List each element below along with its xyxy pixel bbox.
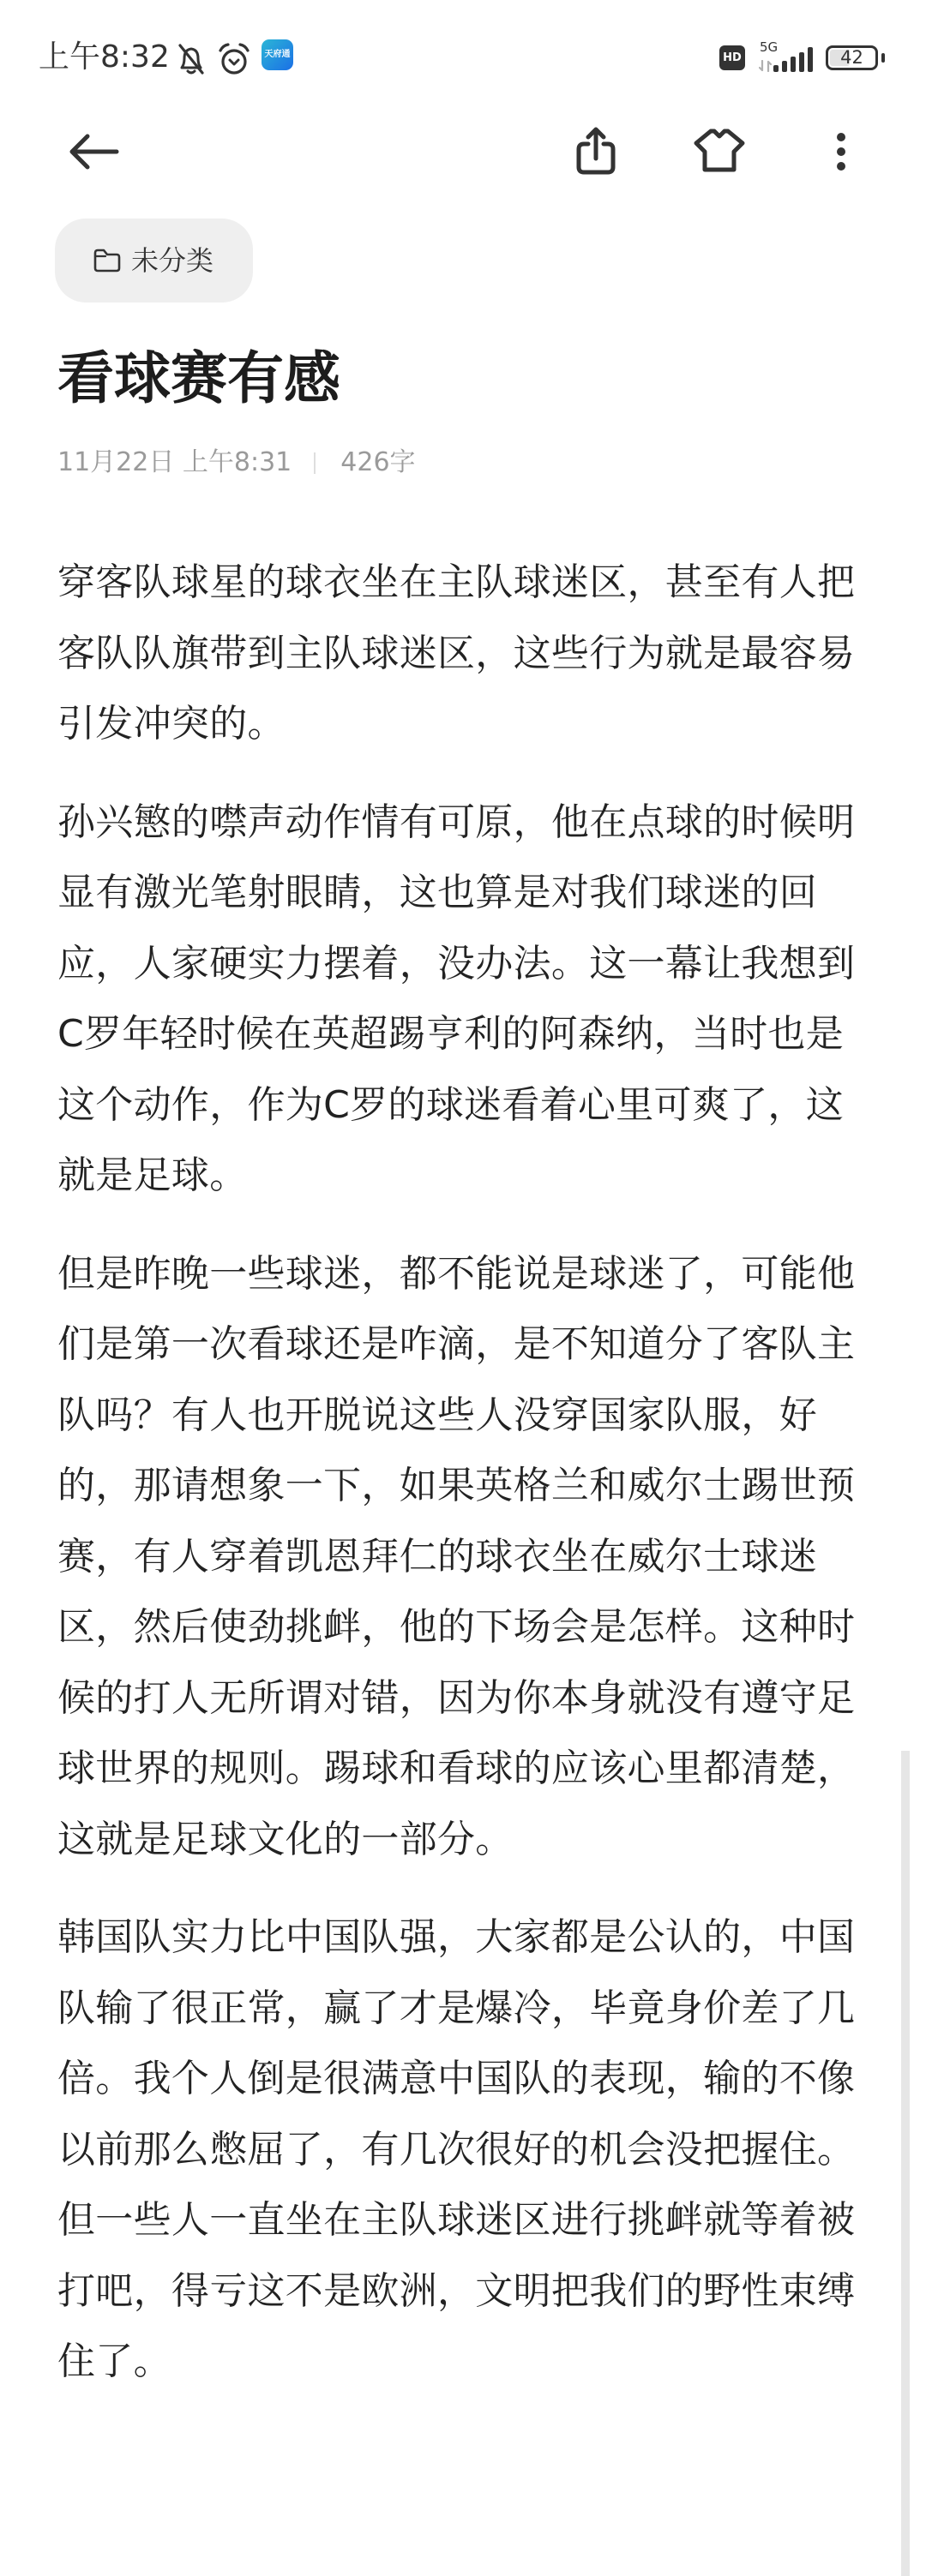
note-body[interactable]: 穿客队球星的球衣坐在主队球迷区，甚至有人把 客队队旗带到主队球迷区，这些行为就是… [57, 548, 898, 2425]
text-line: 以前那么憋屈了，有几次很好的机会没把握住。 [57, 2115, 898, 2186]
text-line: 的，那请想象一下，如果英格兰和威尔士踢世预 [57, 1451, 898, 1522]
text-line: 引发冲突的。 [57, 689, 898, 760]
folder-icon [93, 248, 122, 273]
text-line: 但一些人一直坐在主队球迷区进行挑衅就等着被 [57, 2185, 898, 2256]
paragraph: 但是昨晚一些球迷，都不能说是球迷了，可能他 们是第一次看球还是咋滴，是不知道分了… [57, 1239, 898, 1876]
note-meta: 11月22日 上午8:31 426字 [57, 447, 416, 478]
text-line: 穿客队球星的球衣坐在主队球迷区，甚至有人把 [57, 548, 898, 619]
app-notification-icon: 天府通 [262, 39, 293, 70]
note-title[interactable]: 看球赛有感 [57, 344, 340, 413]
text-line: 这就是足球文化的一部分。 [57, 1805, 898, 1876]
battery-percent: 42 [828, 48, 875, 68]
text-line: 区，然后使劲挑衅，他的下场会是怎样。这种时 [57, 1592, 898, 1663]
text-line: 队输了很正常，赢了才是爆冷，毕竟身价差了几 [57, 1974, 898, 2045]
status-bar: 上午8:32 天府通 HD 5G 42 [0, 0, 926, 103]
bell-slash-icon [176, 42, 207, 76]
note-date: 11月22日 上午8:31 [57, 447, 292, 478]
battery-indicator: 42 [826, 45, 878, 70]
status-time: 上午8:32 [39, 40, 170, 75]
text-line: 但是昨晚一些球迷，都不能说是球迷了，可能他 [57, 1239, 898, 1310]
word-count: 426字 [340, 447, 415, 478]
paragraph: 韩国队实力比中国队强，大家都是公认的，中国 队输了很正常，赢了才是爆冷，毕竟身价… [57, 1902, 898, 2398]
text-line: 就是足球。 [57, 1141, 898, 1212]
alarm-clock-icon [217, 42, 251, 76]
text-line: 孙兴慜的噤声动作情有可原，他在点球的时候明 [57, 788, 898, 859]
share-icon [576, 127, 616, 175]
paragraph: 孙兴慜的噤声动作情有可原，他在点球的时候明 显有激光笔射眼睛，这也算是对我们球迷… [57, 788, 898, 1212]
text-line: 应，人家硬实力摆着，没办法。这一幕让我想到 [57, 929, 898, 1000]
tshirt-icon [694, 129, 745, 173]
more-options-button[interactable] [815, 117, 867, 186]
text-line: 候的打人无所谓对错，因为你本身就没有遵守足 [57, 1663, 898, 1734]
more-vertical-icon [834, 131, 848, 172]
folder-chip-label: 未分类 [131, 243, 213, 278]
arrow-left-icon [67, 133, 122, 171]
text-line: 客队队旗带到主队球迷区，这些行为就是最容易 [57, 619, 898, 690]
text-line: C罗年轻时候在英超踢亨利的阿森纳，当时也是 [57, 999, 898, 1070]
data-arrows-icon [759, 60, 773, 72]
meta-divider [314, 452, 316, 474]
text-line: 打吧，得亏这不是欧洲，文明把我们的野性束缚 [57, 2256, 898, 2327]
folder-chip[interactable]: 未分类 [55, 219, 253, 303]
text-line: 住了。 [57, 2327, 898, 2398]
text-line: 这个动作，作为C罗的球迷看着心里可爽了，这 [57, 1070, 898, 1141]
theme-button[interactable] [685, 116, 754, 184]
text-line: 赛，有人穿着凯恩拜仁的球衣坐在威尔士球迷 [57, 1522, 898, 1593]
signal-bars-icon [773, 45, 815, 72]
scrollbar[interactable] [901, 1751, 910, 2576]
paragraph: 穿客队球星的球衣坐在主队球迷区，甚至有人把 客队队旗带到主队球迷区，这些行为就是… [57, 548, 898, 760]
text-line: 韩国队实力比中国队强，大家都是公认的，中国 [57, 1902, 898, 1974]
hd-badge: HD [719, 45, 745, 70]
text-line: 队吗？有人也开脱说这些人没穿国家队服，好 [57, 1381, 898, 1452]
text-line: 倍。我个人倒是很满意中国队的表现，输的不像 [57, 2044, 898, 2115]
text-line: 们是第一次看球还是咋滴，是不知道分了客队主 [57, 1309, 898, 1381]
back-button[interactable] [57, 121, 130, 183]
battery-nub [881, 53, 885, 63]
text-line: 球世界的规则。踢球和看球的应该心里都清楚， [57, 1734, 898, 1805]
text-line: 显有激光笔射眼睛，这也算是对我们球迷的回 [57, 858, 898, 929]
share-button[interactable] [562, 116, 630, 184]
